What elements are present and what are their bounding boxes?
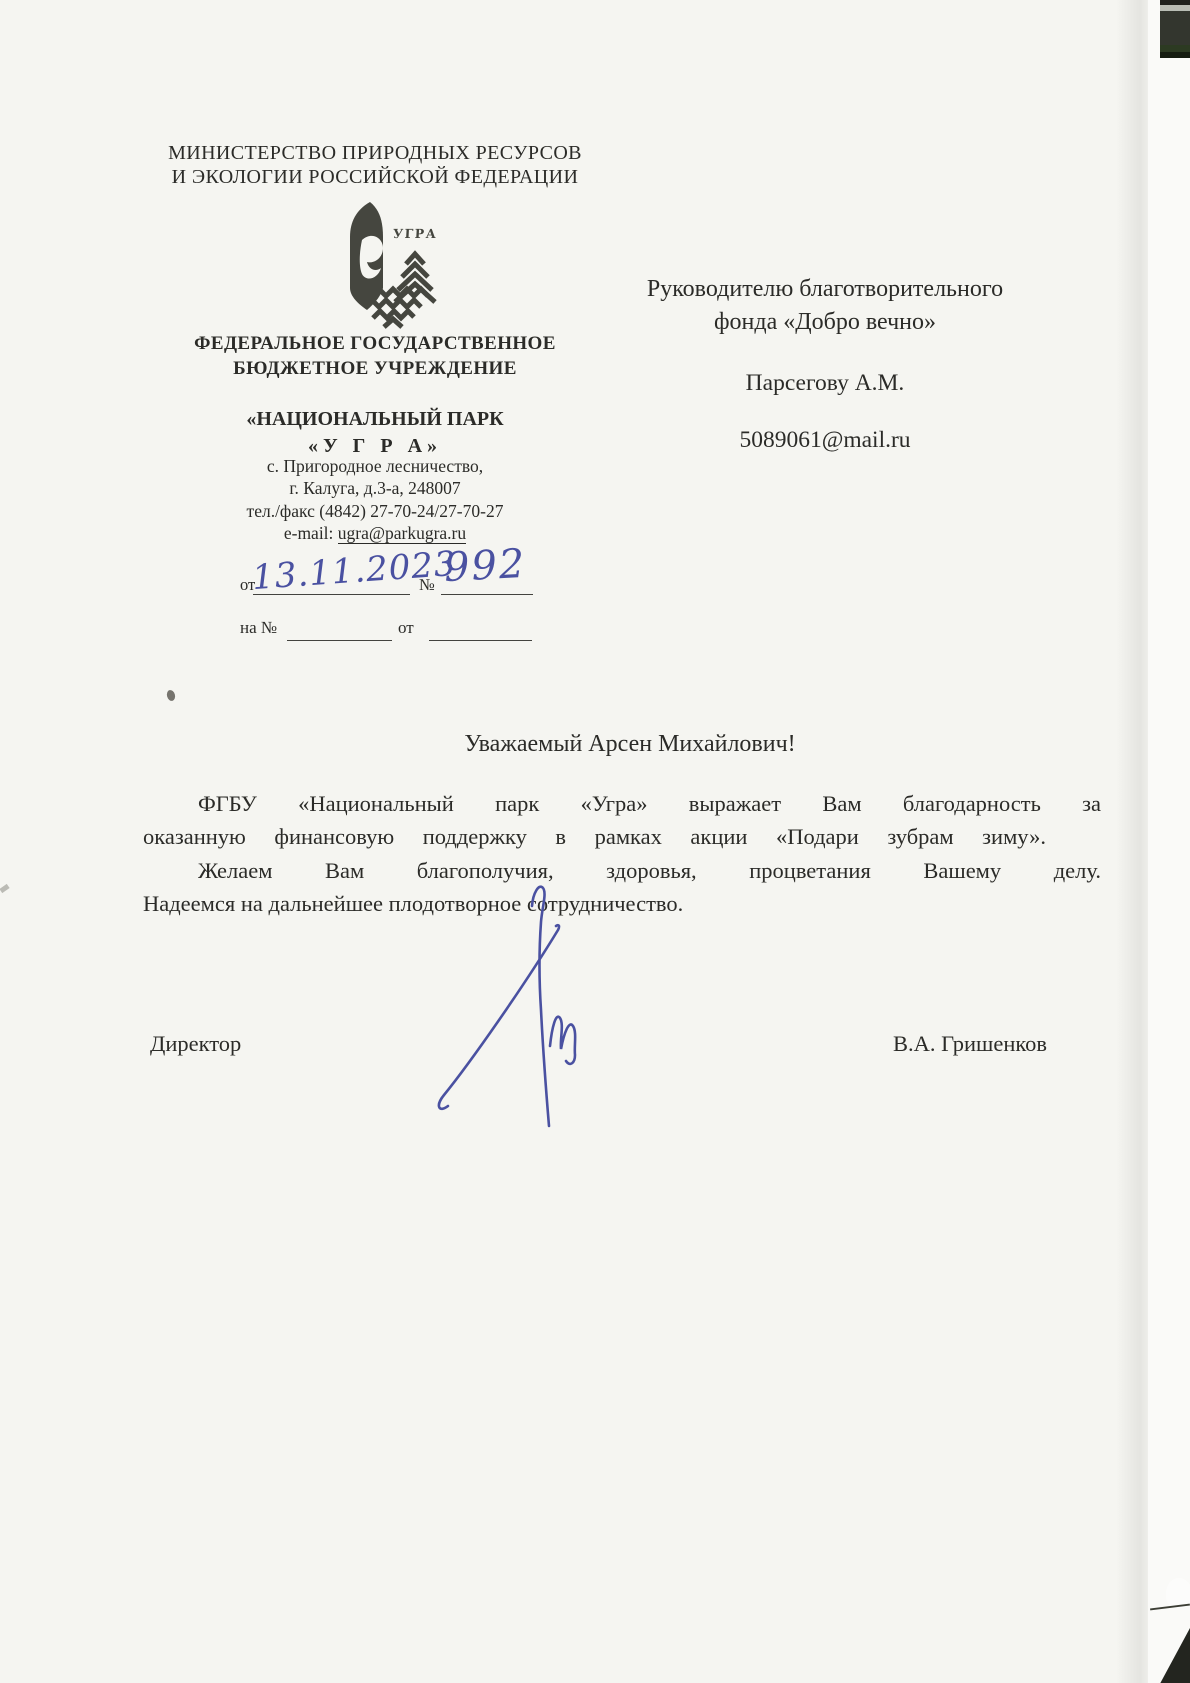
reply-number-underline <box>287 640 392 641</box>
ministry-line2: И ЭКОЛОГИИ РОССИЙСКОЙ ФЕДЕРАЦИИ <box>130 165 620 189</box>
addressee-block: Руководителю благотворительного фонда «Д… <box>610 273 1040 339</box>
signature-vertical-stroke <box>532 887 549 1126</box>
address-line2: г. Калуга, д.3-а, 248007 <box>130 477 620 499</box>
addressee-line2: фонда «Добро вечно» <box>610 306 1040 339</box>
number-underline <box>441 594 533 595</box>
number-sign-label: № <box>419 575 435 595</box>
scan-artifact-left-mark <box>0 884 10 893</box>
scanner-background-strip <box>1148 0 1190 1683</box>
scan-artifact-ink-dot <box>166 689 177 702</box>
addressee-email: 5089061@mail.ru <box>610 427 1040 454</box>
logo-wordmark: УГРА <box>393 226 438 241</box>
reply-from-label: от <box>398 618 414 638</box>
body-paragraph1-line2: оказанную финансовую поддержку в рамках … <box>143 824 1046 850</box>
contact-block: с. Пригородное лесничество, г. Калуга, д… <box>130 455 620 544</box>
salutation: Уважаемый Арсен Михайлович! <box>180 731 1080 758</box>
scan-artifact-top-right <box>1160 0 1190 58</box>
email-line: e-mail: ugra@parkugra.ru <box>130 522 620 544</box>
addressee-line1: Руководителю благотворительного <box>610 273 1040 306</box>
park-name: «НАЦИОНАЛЬНЫЙ ПАРК «У Г Р А» <box>130 406 620 460</box>
park-line1: «НАЦИОНАЛЬНЫЙ ПАРК <box>130 406 620 433</box>
signer-name: В.А. Гришенков <box>893 1031 1047 1057</box>
handwritten-signature <box>428 876 598 1136</box>
email-label: e-mail: <box>284 523 338 543</box>
body-paragraph1-line1: ФГБУ «Национальный парк «Угра» выражает … <box>143 791 1101 817</box>
paper-edge-shadow <box>1116 0 1148 1683</box>
ugra-park-logo-icon <box>320 196 460 331</box>
body-paragraph2-line1: Желаем Вам благополучия, здоровья, процв… <box>143 858 1101 884</box>
email-address: ugra@parkugra.ru <box>338 523 466 544</box>
org-line1: ФЕДЕРАЛЬНОЕ ГОСУДАРСТВЕННОЕ <box>130 331 620 356</box>
signer-title: Директор <box>150 1031 241 1057</box>
reply-to-label: на № <box>240 618 277 638</box>
address-line1: с. Пригородное лесничество, <box>130 455 620 477</box>
reply-date-underline <box>429 640 532 641</box>
signature-squiggle <box>550 1017 575 1064</box>
scanned-letter-page: МИНИСТЕРСТВО ПРИРОДНЫХ РЕСУРСОВ И ЭКОЛОГ… <box>0 0 1190 1683</box>
ministry-header: МИНИСТЕРСТВО ПРИРОДНЫХ РЕСУРСОВ И ЭКОЛОГ… <box>130 141 620 189</box>
date-underline <box>253 594 410 595</box>
org-line2: БЮДЖЕТНОЕ УЧРЕЖДЕНИЕ <box>130 356 620 381</box>
handwritten-number: 992 <box>443 541 528 591</box>
phone-line: тел./факс (4842) 27-70-24/27-70-27 <box>130 500 620 522</box>
addressee-name: Парсегову А.М. <box>610 370 1040 397</box>
ministry-line1: МИНИСТЕРСТВО ПРИРОДНЫХ РЕСУРСОВ <box>130 141 620 165</box>
organization-name: ФЕДЕРАЛЬНОЕ ГОСУДАРСТВЕННОЕ БЮДЖЕТНОЕ УЧ… <box>130 331 620 381</box>
